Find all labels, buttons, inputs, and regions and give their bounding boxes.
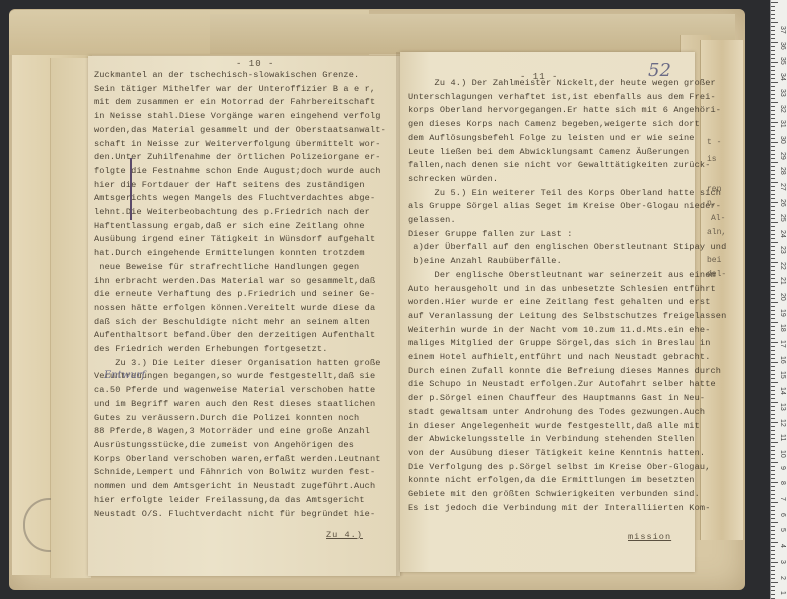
ruler-tick (771, 434, 775, 435)
ruler-tick (771, 266, 775, 267)
ruler-tick (771, 358, 775, 359)
text-line: Gebiete mit den größten Schwierigkeiten … (408, 488, 726, 502)
ruler-label: 7 (779, 497, 786, 501)
ruler-tick (771, 38, 775, 39)
ruler-tick (771, 590, 775, 591)
measurement-ruler: 3736353433323130292827262524232221201918… (770, 0, 787, 599)
continuation-note: mission (628, 532, 671, 542)
ruler-tick (771, 66, 775, 67)
ruler-tick (771, 210, 775, 211)
ruler-tick (771, 114, 775, 115)
ruler-tick (771, 258, 775, 259)
ruler-tick (771, 542, 778, 543)
ruler-tick (771, 462, 778, 463)
text-line: schaft in Neisse zur Weiterverfolgung üb… (94, 138, 386, 152)
ruler-label: 10 (779, 450, 786, 458)
ruler-tick (771, 382, 778, 383)
ruler-tick (771, 518, 775, 519)
ruler-label: 30 (779, 136, 786, 144)
ruler-tick (771, 254, 775, 255)
ruler-tick (771, 150, 775, 151)
ruler-tick (771, 334, 775, 335)
ruler-tick (771, 574, 775, 575)
text-line: neue Beweise für strafrechtliche Handlun… (94, 261, 386, 275)
text-line: nommen und dem Amtsgericht in Neustadt z… (94, 480, 386, 494)
left-page-text: Zuckmantel an der tschechisch-slowakisch… (94, 69, 386, 521)
text-line: Zu 3.) Die Leiter dieser Organisation ha… (94, 357, 386, 371)
ruler-tick (771, 154, 775, 155)
ruler-tick (771, 274, 775, 275)
ruler-tick (771, 446, 775, 447)
text-line: worden,das Material gesammelt und der Ob… (94, 124, 386, 138)
ruler-label: 33 (779, 89, 786, 97)
ruler-tick (771, 418, 775, 419)
ruler-tick (771, 270, 775, 271)
margin-handwritten-note: Entwurf (104, 370, 145, 381)
ruler-label: 5 (779, 528, 786, 532)
ruler-tick (771, 526, 775, 527)
ruler-tick (771, 330, 775, 331)
ruler-label: 14 (779, 387, 786, 395)
ruler-tick (771, 322, 778, 323)
text-line: mit dem zusammen er ein Motorrad der Fah… (94, 96, 386, 110)
text-line: in dieser Angelegenheit wurde festgestel… (408, 420, 726, 434)
ruler-tick (771, 450, 775, 451)
text-line: die erneute Verhaftung des p.Friedrich u… (94, 288, 386, 302)
text-line: Zu 4.) Der Zahlmeister Nickelt,der heute… (408, 77, 726, 91)
ruler-tick (771, 302, 778, 303)
ruler-tick (771, 474, 775, 475)
ruler-tick (771, 410, 775, 411)
ruler-tick (771, 558, 775, 559)
ruler-tick (771, 190, 775, 191)
ruler-tick (771, 50, 775, 51)
ruler-tick (771, 14, 775, 15)
left-page-stack-inner (50, 58, 91, 578)
ruler-tick (771, 250, 775, 251)
text-line: Dieser Gruppe fallen zur Last : (408, 228, 726, 242)
ruler-label: 25 (779, 214, 786, 222)
ruler-label: 8 (779, 481, 786, 485)
ruler-tick (771, 242, 778, 243)
text-line: lehnt.Die Weiterbeobachtung des p.Friedr… (94, 206, 386, 220)
ruler-label: 12 (779, 419, 786, 427)
ruler-tick (771, 374, 775, 375)
ruler-label: 32 (779, 105, 786, 113)
ruler-tick (771, 318, 775, 319)
ruler-tick (771, 422, 778, 423)
ruler-tick (771, 142, 778, 143)
ruler-tick (771, 138, 775, 139)
ruler-tick (771, 230, 775, 231)
ruler-tick (771, 42, 778, 43)
ruler-label: 22 (779, 262, 786, 270)
ruler-tick (771, 218, 775, 219)
text-line: Neustadt O/S. Fluchtverdacht nicht für b… (94, 508, 386, 522)
ruler-label: 31 (779, 120, 786, 128)
ruler-tick (771, 134, 775, 135)
text-line: einem Hotel aufhielt,entführt und nach N… (408, 351, 726, 365)
ruler-tick (771, 290, 775, 291)
text-line: in Neisse stahl.Diese Vorgänge waren ein… (94, 110, 386, 124)
text-line: ca.50 Pferde und wagenweise Material ver… (94, 384, 386, 398)
text-line: Weiterhin wurde in der Nacht vom 10.zum … (408, 324, 726, 338)
ruler-tick (771, 498, 775, 499)
ruler-label: 27 (779, 183, 786, 191)
ruler-tick (771, 326, 775, 327)
ruler-tick (771, 102, 778, 103)
text-line: ihn erbracht werden.Das Material war so … (94, 275, 386, 289)
ruler-tick (771, 306, 775, 307)
ruler-tick (771, 350, 775, 351)
ruler-tick (771, 310, 775, 311)
text-line: Der englische Oberstleutnant war seinerz… (408, 269, 726, 283)
text-line: folgte die Festnahme schon Ende August;d… (94, 165, 386, 179)
ruler-tick (771, 94, 775, 95)
ruler-label: 3 (779, 560, 786, 564)
ruler-tick (771, 170, 775, 171)
text-line: und im Begriff waren auch den Rest diese… (94, 398, 386, 412)
ruler-tick (771, 82, 778, 83)
text-line: Zuckmantel an der tschechisch-slowakisch… (94, 69, 386, 83)
ruler-tick (771, 346, 775, 347)
ruler-tick (771, 402, 778, 403)
ruler-tick (771, 378, 775, 379)
margin-pencil-mark (130, 158, 132, 220)
text-line: Zu 5.) Ein weiterer Teil des Korps Oberl… (408, 187, 726, 201)
ruler-tick (771, 354, 775, 355)
ruler-tick (771, 362, 778, 363)
ruler-tick (771, 234, 775, 235)
ruler-tick (771, 578, 775, 579)
ruler-tick (771, 70, 775, 71)
ruler-tick (771, 406, 775, 407)
ruler-tick (771, 262, 778, 263)
text-line: worden.Hier wurde er eine Zeitlang fest … (408, 296, 726, 310)
ruler-label: 17 (779, 340, 786, 348)
text-line: der Abwickelungsstelle in Verbindung ste… (408, 433, 726, 447)
ruler-tick (771, 54, 775, 55)
text-line: gen dieses Korps nach Camenz begeben,wei… (408, 118, 726, 132)
ruler-tick (771, 478, 775, 479)
text-line: Gutes zu veräussern.Durch die Polizei ko… (94, 412, 386, 426)
ruler-label: 24 (779, 230, 786, 238)
ruler-tick (771, 482, 778, 483)
ruler-tick (771, 30, 775, 31)
ruler-tick (771, 238, 775, 239)
ruler-tick (771, 118, 775, 119)
ruler-tick (771, 586, 775, 587)
text-line: hat.Durch eingehende Ermittelungen konnt… (94, 247, 386, 261)
folder-top-flap-right (210, 14, 735, 54)
ruler-tick (771, 442, 778, 443)
text-line: auf Veranlassung der Leitung des Selbsts… (408, 310, 726, 324)
ruler-tick (771, 206, 775, 207)
ruler-tick (771, 534, 775, 535)
text-line: Durch einen Zufall konnte die Befreiung … (408, 365, 726, 379)
ruler-tick (771, 106, 775, 107)
ruler-tick (771, 338, 775, 339)
ruler-tick (771, 130, 775, 131)
ruler-tick (771, 458, 775, 459)
ruler-tick (771, 126, 775, 127)
ruler-tick (771, 398, 775, 399)
text-line: Ausübung irgend einer Tätigkeit in Wünsd… (94, 233, 386, 247)
ruler-tick (771, 430, 775, 431)
ruler-label: 29 (779, 152, 786, 160)
text-line: gelassen. (408, 214, 726, 228)
ruler-tick (771, 538, 775, 539)
ruler-tick (771, 62, 778, 63)
ruler-tick (771, 566, 775, 567)
ruler-tick (771, 122, 778, 123)
ruler-label: 2 (779, 576, 786, 580)
ruler-tick (771, 394, 775, 395)
left-page: - 10 - Zuckmantel an der tschechisch-slo… (88, 56, 400, 576)
text-line: nossen hätte erfolgen können.Vereitelt w… (94, 302, 386, 316)
text-line: korps Oberland hervorgegangen.Er hatte s… (408, 104, 726, 118)
ruler-tick (771, 6, 775, 7)
text-line: der p.Sörgel einen Chauffeur des Hauptma… (408, 392, 726, 406)
ruler-label: 23 (779, 246, 786, 254)
ruler-tick (771, 34, 775, 35)
text-line: fallen,nach denen sie nicht vor Gewalttä… (408, 159, 726, 173)
ruler-tick (771, 198, 775, 199)
ruler-tick (771, 194, 775, 195)
text-line: Schnide,Lempert und Fähnrich von Bolwitz… (94, 466, 386, 480)
text-line: Leute ließen bei dem Abwicklungsamt Came… (408, 146, 726, 160)
ruler-tick (771, 370, 775, 371)
text-line: Korps Oberland verschoben waren,erfaßt w… (94, 453, 386, 467)
ruler-tick (771, 550, 775, 551)
ruler-tick (771, 10, 775, 11)
ruler-tick (771, 582, 778, 583)
ruler-tick (771, 222, 778, 223)
ruler-tick (771, 86, 775, 87)
text-line: 88 Pferde,8 Wagen,3 Motorräder und eine … (94, 425, 386, 439)
ruler-label: 15 (779, 371, 786, 379)
ruler-tick (771, 486, 775, 487)
ruler-tick (771, 282, 778, 283)
ruler-tick (771, 426, 775, 427)
right-page: - 11 - 52 Zu 4.) Der Zahlmeister Nickelt… (400, 52, 695, 572)
ruler-tick (771, 98, 775, 99)
ruler-label: 19 (779, 309, 786, 317)
ruler-tick (771, 494, 775, 495)
ruler-tick (771, 246, 775, 247)
continuation-note: Zu 4.) (326, 530, 363, 540)
ruler-tick (771, 278, 775, 279)
ruler-tick (771, 366, 775, 367)
ruler-tick (771, 454, 775, 455)
ruler-label: 11 (779, 434, 786, 441)
ruler-label: 16 (779, 356, 786, 364)
ruler-tick (771, 546, 775, 547)
text-line: Amtsgerichts wegen Mangels des Fluchtver… (94, 192, 386, 206)
ruler-tick (771, 58, 775, 59)
ruler-tick (771, 554, 775, 555)
ruler-label: 21 (779, 277, 786, 285)
ruler-label: 37 (779, 26, 786, 34)
ruler-tick (771, 390, 775, 391)
ruler-label: 6 (779, 513, 786, 517)
ruler-tick (771, 530, 775, 531)
ruler-label: 18 (779, 324, 786, 332)
text-line: als Gruppe Sörgel alias Seget im Kreise … (408, 200, 726, 214)
text-line: Ausrüstungsstücke,die zumeist von Angehö… (94, 439, 386, 453)
text-line: hier erfolgte leider Freilassung,da das … (94, 494, 386, 508)
ruler-label: 36 (779, 42, 786, 50)
ruler-label: 4 (779, 544, 786, 548)
ruler-label: 20 (779, 293, 786, 301)
ruler-tick (771, 158, 775, 159)
ruler-tick (771, 510, 775, 511)
ruler-tick (771, 466, 775, 467)
text-line: des Friedrich werden Erhebungen fortgese… (94, 343, 386, 357)
text-line: b)eine Anzahl Raubüberfälle. (408, 255, 726, 269)
ruler-tick (771, 438, 775, 439)
ruler-tick (771, 46, 775, 47)
text-line: Haftentlassung ergab,daß er sich eine Ze… (94, 220, 386, 234)
text-line: hier die Fortdauer der Haft seitens des … (94, 179, 386, 193)
text-line: Auto herausgeholt und in das unbesetzte … (408, 283, 726, 297)
text-line: daß sich der Beschuldigte nicht mehr an … (94, 316, 386, 330)
ruler-tick (771, 110, 775, 111)
text-line: von der Ausübung dieser Tätigkeit keine … (408, 447, 726, 461)
ruler-tick (771, 594, 775, 595)
text-line: Unterschlagungen verhaftet ist,ist ebenf… (408, 91, 726, 105)
ruler-tick (771, 22, 778, 23)
ruler-tick (771, 226, 775, 227)
ruler-tick (771, 162, 778, 163)
text-line: a)der Überfall auf den englischen Oberst… (408, 241, 726, 255)
ruler-tick (771, 2, 778, 3)
ruler-tick (771, 90, 775, 91)
text-line: konnte nicht erfolgen,da die Ermittlunge… (408, 474, 726, 488)
right-page-text: Zu 4.) Der Zahlmeister Nickelt,der heute… (408, 77, 726, 516)
ruler-tick (771, 74, 775, 75)
ruler-tick (771, 26, 775, 27)
text-line: Aufenthaltsort befand.Über den derzeitig… (94, 329, 386, 343)
ruler-tick (771, 178, 775, 179)
text-line: die Schupo in Neustadt erfolgen.Zur Auto… (408, 378, 726, 392)
ruler-tick (771, 18, 775, 19)
ruler-tick (771, 214, 775, 215)
ruler-label: 1 (779, 591, 786, 595)
text-line: den.Unter Zuhilfenahme der örtlichen Pol… (94, 151, 386, 165)
ruler-tick (771, 490, 775, 491)
ruler-tick (771, 166, 775, 167)
ruler-tick (771, 414, 775, 415)
text-line: schrecken würden. (408, 173, 726, 187)
ruler-label: 13 (779, 403, 786, 411)
page-number: - 10 - (236, 59, 274, 69)
ruler-tick (771, 470, 775, 471)
ruler-tick (771, 342, 778, 343)
ruler-tick (771, 386, 775, 387)
ruler-tick (771, 202, 778, 203)
ruler-tick (771, 174, 775, 175)
text-line: Die Verfolgung des p.Sörgel selbst im Kr… (408, 461, 726, 475)
ruler-tick (771, 314, 775, 315)
ruler-tick (771, 502, 778, 503)
ruler-tick (771, 506, 775, 507)
text-line: Es ist jedoch die Verbindung mit der Int… (408, 502, 726, 516)
ruler-tick (771, 182, 778, 183)
ruler-label: 28 (779, 167, 786, 175)
text-line: Sein tätiger Mithelfer war der Unteroffi… (94, 83, 386, 97)
text-line: stadt gewaltsam unter Androhung des Tode… (408, 406, 726, 420)
ruler-label: 9 (779, 466, 786, 470)
ruler-tick (771, 514, 775, 515)
ruler-tick (771, 562, 778, 563)
ruler-tick (771, 146, 775, 147)
ruler-tick (771, 570, 775, 571)
text-line: maliges Mitglied der Gruppe Sörgel,das s… (408, 337, 726, 351)
text-line: dem Auflösungsbefehl Folge zu leisten un… (408, 132, 726, 146)
ruler-label: 34 (779, 73, 786, 81)
ruler-tick (771, 286, 775, 287)
ruler-label: 35 (779, 57, 786, 65)
ruler-tick (771, 78, 775, 79)
ruler-tick (771, 298, 775, 299)
ruler-tick (771, 294, 775, 295)
ruler-label: 26 (779, 199, 786, 207)
ruler-tick (771, 186, 775, 187)
ruler-tick (771, 522, 778, 523)
